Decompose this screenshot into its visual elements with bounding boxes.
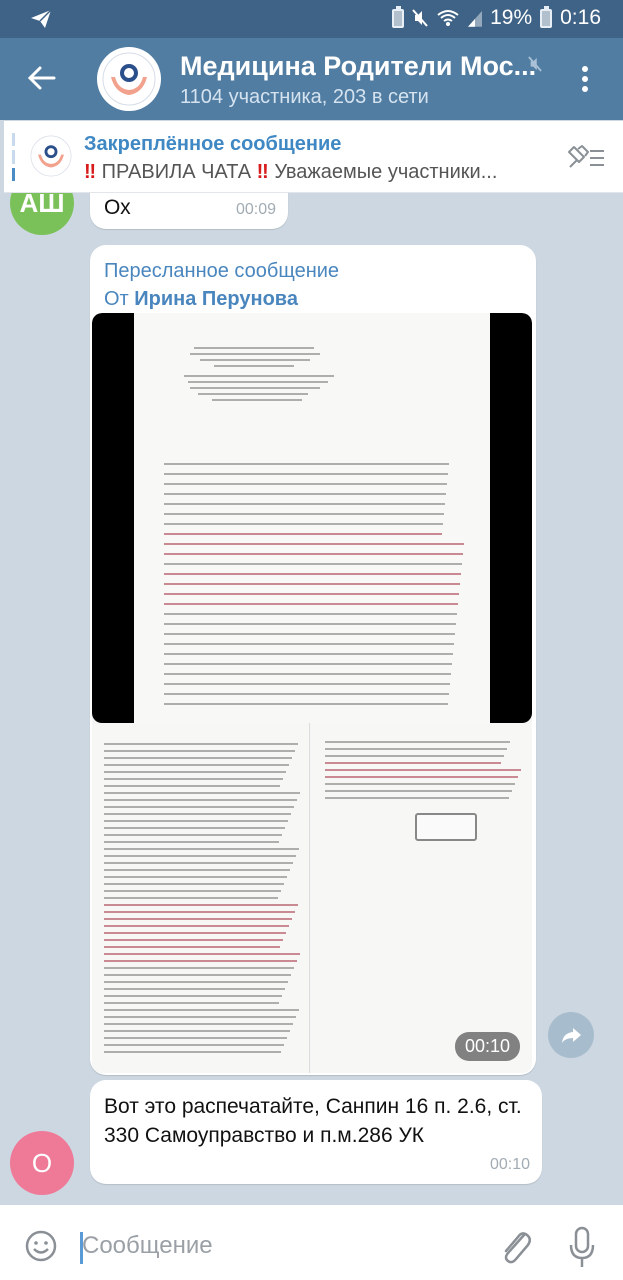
telegram-icon <box>30 9 52 29</box>
pinned-preview: ‼ ПРАВИЛА ЧАТА ‼ Уважаемые участники... <box>84 161 564 184</box>
double-exclamation-icon: ‼ <box>257 161 269 183</box>
avatar[interactable]: О <box>10 1131 74 1195</box>
double-exclamation-icon: ‼ <box>84 161 96 183</box>
share-button[interactable] <box>548 1012 594 1058</box>
muted-icon <box>528 55 542 78</box>
signature-stamp <box>415 813 477 841</box>
chat-title[interactable]: Медицина Родители Мос... <box>180 51 536 82</box>
pinned-message-bar[interactable]: Закреплённое сообщение ‼ ПРАВИЛА ЧАТА ‼ … <box>4 121 623 193</box>
status-bar: 19% 0:16 <box>0 0 623 38</box>
battery-percent: 19% <box>490 6 532 30</box>
forwarded-header: Пересланное сообщение От Ирина Перунова <box>104 257 339 313</box>
microphone-icon[interactable] <box>567 1225 597 1269</box>
group-logo-icon <box>97 47 161 111</box>
message-list[interactable]: АШ Ох 00:09 Пересланное сообщение От Ири… <box>0 193 623 1203</box>
message-input[interactable] <box>82 1227 482 1265</box>
message-time: 00:09 <box>236 201 276 219</box>
document-photo[interactable]: 00:10 <box>92 313 532 1073</box>
pinned-list-icon[interactable] <box>566 143 606 171</box>
message-bubble[interactable]: Ох 00:09 <box>90 193 288 229</box>
pinned-indicator <box>12 133 15 181</box>
forward-source-name[interactable]: Ирина Перунова <box>134 288 298 310</box>
share-arrow-icon <box>559 1023 583 1047</box>
message-bubble[interactable]: Вот это распечатайте, Санпин 16 п. 2.6, … <box>90 1080 542 1184</box>
message-time: 00:10 <box>490 1156 530 1174</box>
document-page-1 <box>92 313 532 723</box>
clock: 0:16 <box>560 6 601 30</box>
avatar[interactable]: АШ <box>10 193 74 235</box>
chat-subtitle: 1104 участника, 203 в сети <box>180 86 429 109</box>
group-avatar[interactable] <box>97 47 161 111</box>
battery-charging-icon <box>540 9 552 28</box>
message-text: Вот это распечатайте, Санпин 16 п. 2.6, … <box>104 1092 524 1150</box>
document-page-3 <box>311 723 532 1073</box>
pinned-title: Закреплённое сообщение <box>84 133 341 156</box>
battery-saver-icon <box>392 9 404 28</box>
chat-header: Медицина Родители Мос... 1104 участника,… <box>0 38 623 120</box>
forwarded-message-bubble[interactable]: Пересланное сообщение От Ирина Перунова … <box>90 245 536 1075</box>
wifi-icon <box>436 8 460 28</box>
back-button[interactable] <box>24 60 60 96</box>
more-menu-button[interactable] <box>578 66 592 96</box>
emoji-icon[interactable] <box>24 1229 58 1263</box>
forwarded-label: Пересланное сообщение <box>104 257 339 285</box>
signal-icon <box>468 8 482 28</box>
pinned-thumbnail <box>28 133 74 179</box>
mute-icon <box>412 8 428 28</box>
group-logo-icon <box>28 133 74 179</box>
media-time: 00:10 <box>455 1032 520 1061</box>
message-text: Ох <box>104 193 131 222</box>
arrow-left-icon <box>24 60 60 96</box>
paperclip-icon[interactable] <box>496 1227 532 1265</box>
composer <box>0 1205 623 1280</box>
document-page-2 <box>92 723 310 1073</box>
